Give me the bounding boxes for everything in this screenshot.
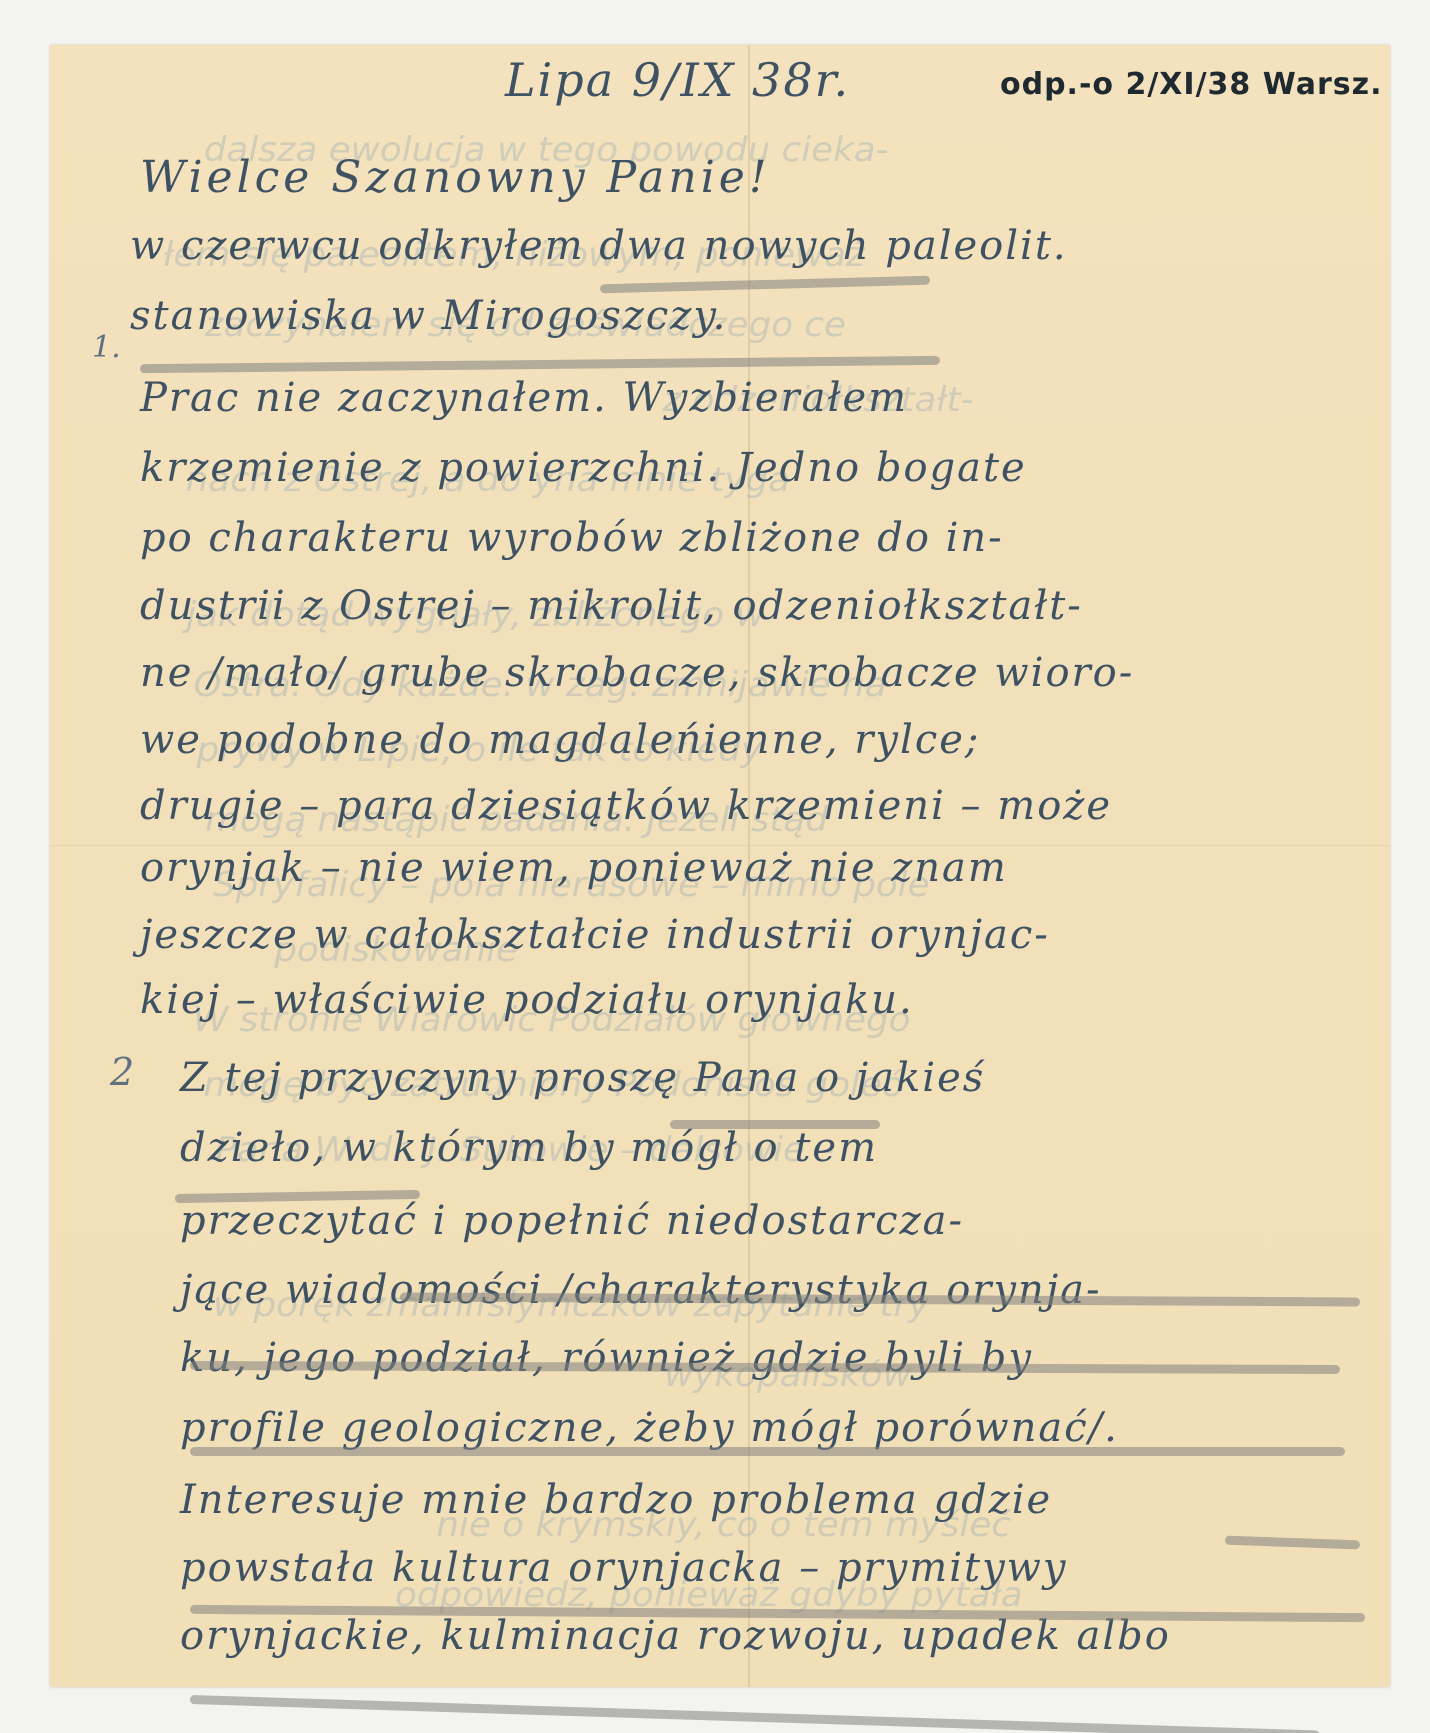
- letter-line-1: w czerwcu odkryłem dwa nowych paleolit.: [130, 223, 1068, 269]
- letter-line-20: powstała kultura orynjacka – prymitywy: [180, 1545, 1068, 1591]
- letter-line-16: jące wiadomości /charakterystyka orynja-: [180, 1267, 1102, 1313]
- letter-line-21: orynjackie, kulminacja rozwoju, upadek a…: [180, 1613, 1171, 1659]
- letter-line-3: Prac nie zaczynałem. Wyzbierałem: [140, 375, 908, 421]
- letter-line-6: dustrii z Ostrej – mikrolit, odzeniołksz…: [140, 583, 1083, 629]
- letter-line-17: ku, jego podział, również gdzie byli by: [180, 1335, 1033, 1381]
- letter-line-12: kiej – właściwie podziału orynjaku.: [140, 977, 914, 1023]
- margin-number-2: 2: [110, 1050, 134, 1094]
- letter-line-9: drugie – para dziesiątków krzemieni – mo…: [140, 783, 1112, 829]
- pencil-underline: [140, 356, 940, 373]
- pencil-underline: [190, 1695, 1320, 1733]
- pencil-underline: [190, 1447, 1345, 1456]
- letter-line-2: stanowiska w Mirogoszczy.: [130, 293, 727, 339]
- pencil-underline: [1225, 1536, 1360, 1550]
- margin-number-1: 1.: [92, 330, 121, 365]
- letter-line-14: dzieło, w którym by mógł o tem: [180, 1125, 878, 1171]
- letter-line-4: krzemienie z powierzchni. Jedno bogate: [140, 445, 1027, 491]
- letter-line-18: profile geologiczne, żeby mógł porównać/…: [180, 1405, 1119, 1451]
- salutation: Wielce Szanowny Panie!: [140, 152, 771, 203]
- letter-line-7: ne /mało/ grube skrobacze, skrobacze wio…: [140, 650, 1134, 696]
- letter-line-11: jeszcze w całokształcie industrii orynja…: [140, 912, 1050, 958]
- pencil-underline: [670, 1120, 880, 1129]
- letter-line-8: we podobne do magdaleńienne, rylce;: [140, 717, 980, 763]
- reply-annotation: odp.-o 2/XI/38 Warsz.: [1000, 67, 1383, 102]
- letter-page: dalsza ewolucja w tego powodu cieka- łem…: [50, 45, 1390, 1687]
- letter-line-19: Interesuje mnie bardzo problema gdzie: [180, 1477, 1052, 1523]
- pencil-underline: [600, 276, 930, 294]
- place-and-date: Lipa 9/IX 38r.: [505, 53, 850, 107]
- letter-line-13: Z tej przyczyny proszę Pana o jakieś: [180, 1055, 985, 1101]
- letter-line-10: orynjak – nie wiem, ponieważ nie znam: [140, 845, 1008, 891]
- letter-line-15: przeczytać i popełnić niedostarcza-: [180, 1198, 964, 1244]
- letter-line-5: po charakteru wyrobów zbliżone do in-: [140, 515, 1004, 561]
